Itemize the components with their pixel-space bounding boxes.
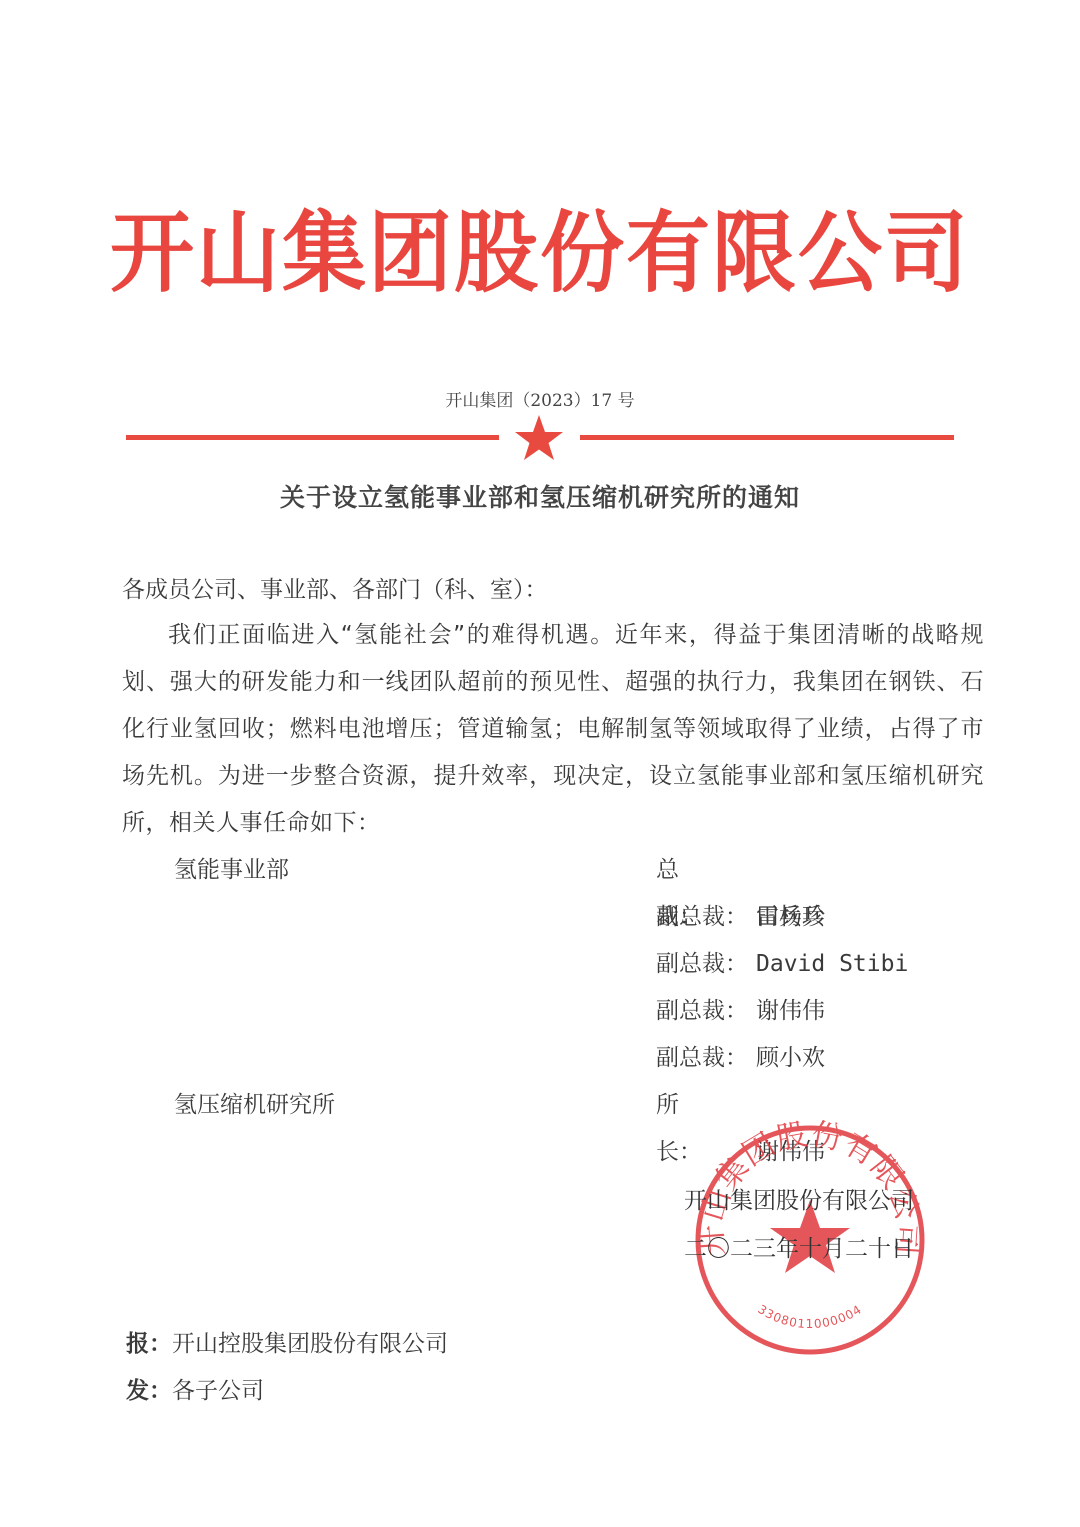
salutation: 各成员公司、事业部、各部门（科、室）： xyxy=(122,567,548,614)
send-to-recipient: 各子公司 xyxy=(172,1378,264,1404)
document-number: 开山集团（2023）17 号 xyxy=(0,386,1080,411)
signature-company: 开山集团股份有限公司 xyxy=(684,1182,914,1215)
red-star-icon xyxy=(514,414,564,462)
body-paragraph: 我们正面临进入“氢能社会”的难得机遇。近年来，得益于集团清晰的战略规划、强大的研… xyxy=(122,612,984,847)
role-title: 副总裁： xyxy=(656,1035,756,1082)
appointee-name: 顾小欢 xyxy=(756,1045,825,1071)
report-to-line: 报：开山控股集团股份有限公司 xyxy=(126,1325,448,1358)
red-divider-left xyxy=(126,435,499,440)
appointment-row: 副总裁：谢伟伟 xyxy=(656,988,825,1035)
send-to-label: 发： xyxy=(126,1378,172,1404)
department-compressor-institute: 氢压缩机研究所 xyxy=(174,1082,335,1129)
role-title: 副总裁： xyxy=(656,894,756,941)
appointee-name: David Stibi xyxy=(756,951,908,977)
appointee-name: 谢伟伟 xyxy=(756,998,825,1024)
signature-date: 二〇二三年十月二十日 xyxy=(684,1230,914,1263)
role-title: 副总裁： xyxy=(656,941,756,988)
svg-text:3308011000004: 3308011000004 xyxy=(755,1302,864,1331)
appointee-name: 雷杨珍 xyxy=(756,904,825,930)
send-to-line: 发：各子公司 xyxy=(126,1372,264,1405)
notice-title: 关于设立氢能事业部和氢压缩机研究所的通知 xyxy=(0,478,1080,514)
appointment-row: 副总裁：David Stibi xyxy=(656,941,908,988)
company-masthead: 开山集团股份有限公司 xyxy=(0,195,1080,311)
red-divider-right xyxy=(580,435,954,440)
appointment-row: 副总裁：顾小欢 xyxy=(656,1035,825,1082)
report-to-recipient: 开山控股集团股份有限公司 xyxy=(172,1331,448,1357)
report-to-label: 报： xyxy=(126,1331,172,1357)
department-hydrogen-energy: 氢能事业部 xyxy=(174,847,289,894)
role-title: 副总裁： xyxy=(656,988,756,1035)
appointment-row: 副总裁：雷杨珍 xyxy=(656,894,825,941)
